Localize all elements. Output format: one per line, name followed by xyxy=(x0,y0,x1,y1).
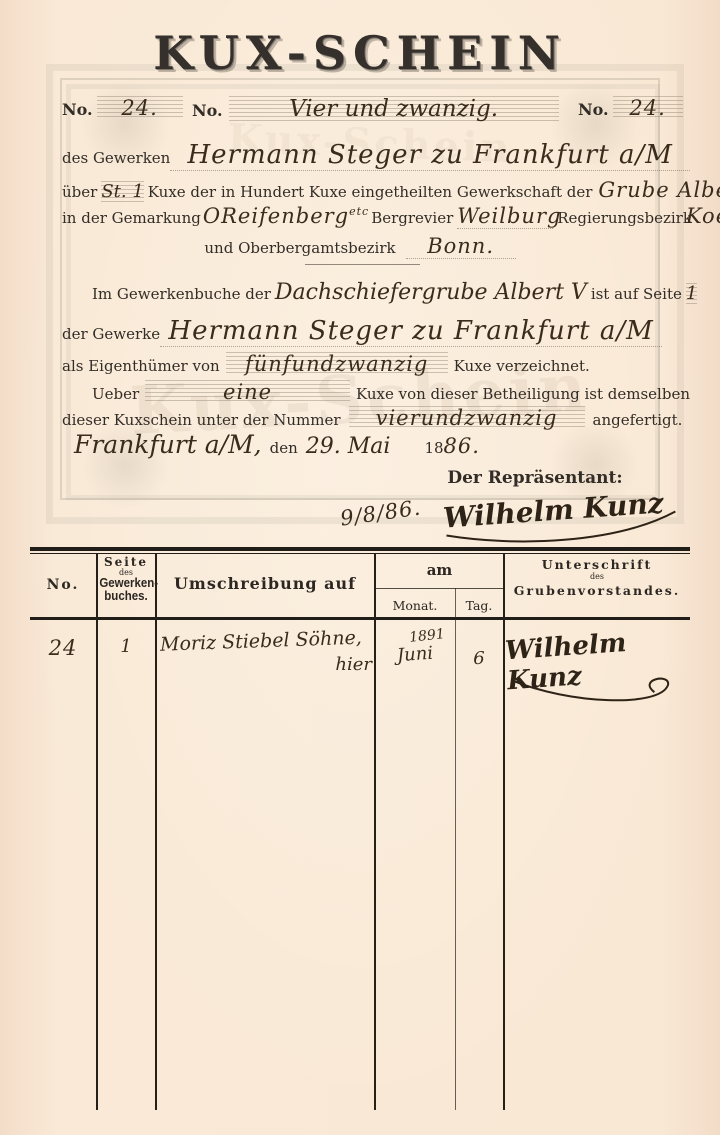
label-des-gewerken: des Gewerken xyxy=(62,149,170,167)
header-am: am xyxy=(427,561,453,579)
no-right-value: 24. xyxy=(629,96,665,120)
label-gewerkenbuch: Im Gewerkenbuche der xyxy=(92,285,271,303)
page-title: KUX-SCHEIN xyxy=(0,26,720,80)
value-eine: eine xyxy=(223,380,272,404)
no-center-label: No. xyxy=(192,101,223,120)
repraesentant-signature: Wilhelm Kunz xyxy=(442,486,665,534)
no-right-label: No. xyxy=(578,100,609,119)
col-sep xyxy=(155,554,157,1110)
row-monat: Juni xyxy=(374,641,455,668)
header-grubenvorstandes: Grubenvorstandes. xyxy=(504,584,690,598)
row-unterschrift-signature: Wilhelm Kunz xyxy=(504,624,692,697)
certificate-page: Kux-Schein Kux-Schein KUX-SCHEIN No. 24.… xyxy=(0,0,720,1135)
label-jahr-18: 18 xyxy=(424,439,443,457)
label-gemarkung: in der Gemarkung xyxy=(62,209,201,227)
header-unterschrift-des: des xyxy=(504,572,690,581)
repraesentant-heading: Der Repräsentant: xyxy=(447,468,622,488)
header-tag: Tag. xyxy=(466,598,493,613)
value-schein-nummer: vierundzwanzig xyxy=(376,406,558,430)
value-jahr: 86. xyxy=(444,434,480,458)
label-betheiligung: Kuxe von dieser Betheiligung ist demselb… xyxy=(356,385,690,403)
label-kuxe-gewerkschaft: Kuxe der in Hundert Kuxe eingetheilten G… xyxy=(148,183,593,201)
label-oberbergamtsbezirk: und Oberbergamtsbezirk xyxy=(204,239,395,257)
value-gewerke-name: Hermann Steger zu Frankfurt a/M xyxy=(170,140,690,171)
table-top-rule-thin xyxy=(30,553,690,554)
value-gemarkung: OReifenbergetc xyxy=(203,204,369,228)
value-tag-monat: 29. Mai xyxy=(306,434,391,459)
value-gewerke-name-2: Hermann Steger zu Frankfurt a/M xyxy=(160,316,662,347)
section-divider xyxy=(305,264,420,265)
row-umschreibung-line2: hier xyxy=(160,654,372,675)
label-der-gewerke: der Gewerke xyxy=(62,325,160,343)
value-kuxe-anzahl: St. 1 xyxy=(101,181,143,202)
header-gewerkenbuches-2: buches. xyxy=(99,590,152,604)
table-header-rule xyxy=(30,617,690,620)
value-regierungsbezirk: Koenigstein xyxy=(686,204,720,228)
label-ueber-2: Ueber xyxy=(92,385,139,403)
no-center-value: Vier und zwanzig. xyxy=(289,96,498,122)
no-left-value: 24. xyxy=(121,96,157,120)
row-no: 24 xyxy=(49,636,78,660)
no-left-label: No. xyxy=(62,100,93,119)
row-seite: 1 xyxy=(120,636,131,657)
header-seite: Seite xyxy=(97,556,155,569)
header-unterschrift: Unterschrift xyxy=(504,558,690,572)
header-monat: Monat. xyxy=(393,598,438,613)
label-kuxschein-nummer: dieser Kuxschein unter der Nummer xyxy=(62,411,341,429)
value-anzahl-kuxe: fünfundzwanzig xyxy=(245,352,428,376)
label-bergrevier: Bergrevier xyxy=(371,209,453,227)
value-gemarkung-sup: etc xyxy=(349,205,369,218)
label-angefertigt: angefertigt. xyxy=(593,411,683,429)
label-ist-auf-seite: ist auf Seite xyxy=(591,285,682,303)
row-umschreibung-line1: Moriz Stiebel Söhne, xyxy=(160,626,373,655)
header-no: No. xyxy=(47,577,80,593)
value-bergrevier: Weilburg xyxy=(457,204,553,229)
row-tag: 6 xyxy=(473,648,484,669)
label-ueber: über xyxy=(62,183,97,201)
value-gewerkenbuch-grube: Dachschiefergrube Albert V xyxy=(275,280,587,305)
header-umschreibung: Umschreibung auf xyxy=(174,574,356,593)
value-grube-name: Grube Albert V xyxy=(598,178,720,202)
value-seite: 1 xyxy=(686,283,697,304)
label-den: den xyxy=(270,439,298,457)
label-kuxe-verzeichnet: Kuxe verzeichnet. xyxy=(454,357,590,375)
label-eigenthuemer-von: als Eigenthümer von xyxy=(62,357,220,375)
signature-date: 9/8/86. xyxy=(339,495,423,530)
am-sub-rule xyxy=(375,588,504,589)
value-oberbergamtsbezirk: Bonn. xyxy=(406,234,516,259)
value-ort: Frankfurt a/M, xyxy=(74,430,262,459)
table-top-rule xyxy=(30,547,690,551)
label-regierungsbezirk: Regierungsbezirk xyxy=(557,209,692,227)
